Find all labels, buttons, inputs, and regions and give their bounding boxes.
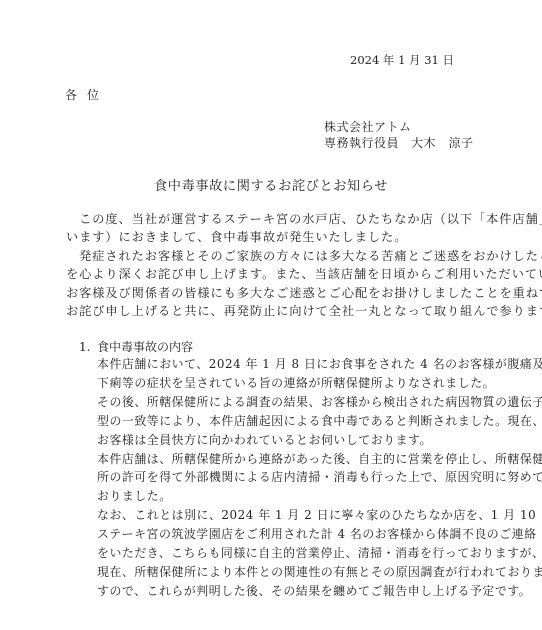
- section-title: 食中毒事故の内容: [97, 340, 193, 354]
- document-date: 2024 年 1 月 31 日: [350, 55, 454, 67]
- body-line: 下痢等の症状を呈されている旨の連絡が所轄保健所よりなされました。: [97, 374, 477, 393]
- body-line: ステーキ宮の筑波学園店をご利用された計 4 名のお客様から体調不良のご連絡: [97, 525, 477, 544]
- sender-company: 株式会社アトム: [324, 121, 412, 133]
- paragraph-line: を心より深くお詫び申し上げます。また、当該店舗を日頃からご利用いただいている: [66, 265, 476, 283]
- sender-signature: 専務執行役員大木 涼子: [324, 137, 474, 149]
- body-line: 現在、所轄保健所により本件との関連性の有無とその原因調査が行われておりま: [97, 563, 477, 582]
- section-body: 本件店舗において、2024 年 1 月 8 日にお食事をされた 4 名のお客様が…: [97, 355, 477, 601]
- paragraph-line: 発症されたお客様とそのご家族の方々には多大なる苦痛とご迷惑をおかけしたこと: [66, 247, 476, 265]
- body-line: 本件店舗は、所轄保健所から連絡があった後、自主的に営業を停止し、所轄保健: [97, 450, 477, 469]
- section-number: 1.: [79, 340, 97, 354]
- body-line: その後、所轄保健所による調査の結果、お客様から検出された病因物質の遺伝子: [97, 393, 477, 412]
- paragraph-line: お客様及び関係者の皆様にも多大なご迷惑とご心配をお掛けしましたことを重ねて: [66, 284, 476, 302]
- body-line: 所の許可を得て外部機関による店内清掃・消毒も行った上で、原因究明に努めて: [97, 468, 477, 487]
- paragraph-line: お詫び申し上げると共に、再発防止に向けて全社一丸となって取り組んで参ります。: [66, 302, 476, 320]
- body-line: お客様は全員快方に向かわれているとお伺いしております。: [97, 431, 477, 450]
- body-line: をいただき、こちらも同様に自主的営業停止、清掃・消毒を行っておりますが、: [97, 544, 477, 563]
- addressee: 各位: [65, 89, 109, 101]
- intro-paragraph-1: この度、当社が運営するステーキ宮の水戸店、ひたちなか店（以下「本件店舗」とい い…: [66, 210, 476, 247]
- body-line: すので、これらが判明した後、その結果を纏めてご報告申し上げる予定です。: [97, 582, 477, 601]
- paragraph-line: この度、当社が運営するステーキ宮の水戸店、ひたちなか店（以下「本件店舗」とい: [66, 210, 476, 228]
- document-title: 食中毒事故に関するお詫びとお知らせ: [0, 180, 542, 193]
- body-line: 本件店舗において、2024 年 1 月 8 日にお食事をされた 4 名のお客様が…: [97, 355, 477, 374]
- intro-paragraph-2: 発症されたお客様とそのご家族の方々には多大なる苦痛とご迷惑をおかけしたこと を心…: [66, 247, 476, 321]
- sender-name: 大木 涼子: [411, 137, 474, 149]
- section-heading: 1.食中毒事故の内容: [79, 338, 193, 355]
- sender-position: 専務執行役員: [324, 137, 399, 149]
- body-line: おりました。: [97, 487, 477, 506]
- body-line: なお、これとは別に、2024 年 1 月 2 日に寧々家のひたちなか店を、1 月…: [97, 506, 477, 525]
- body-line: 型の一致等により、本件店舗起因による食中毒であると判断されました。現在、: [97, 412, 477, 431]
- paragraph-line: います）におきまして、食中毒事故が発生いたしました。: [66, 228, 476, 246]
